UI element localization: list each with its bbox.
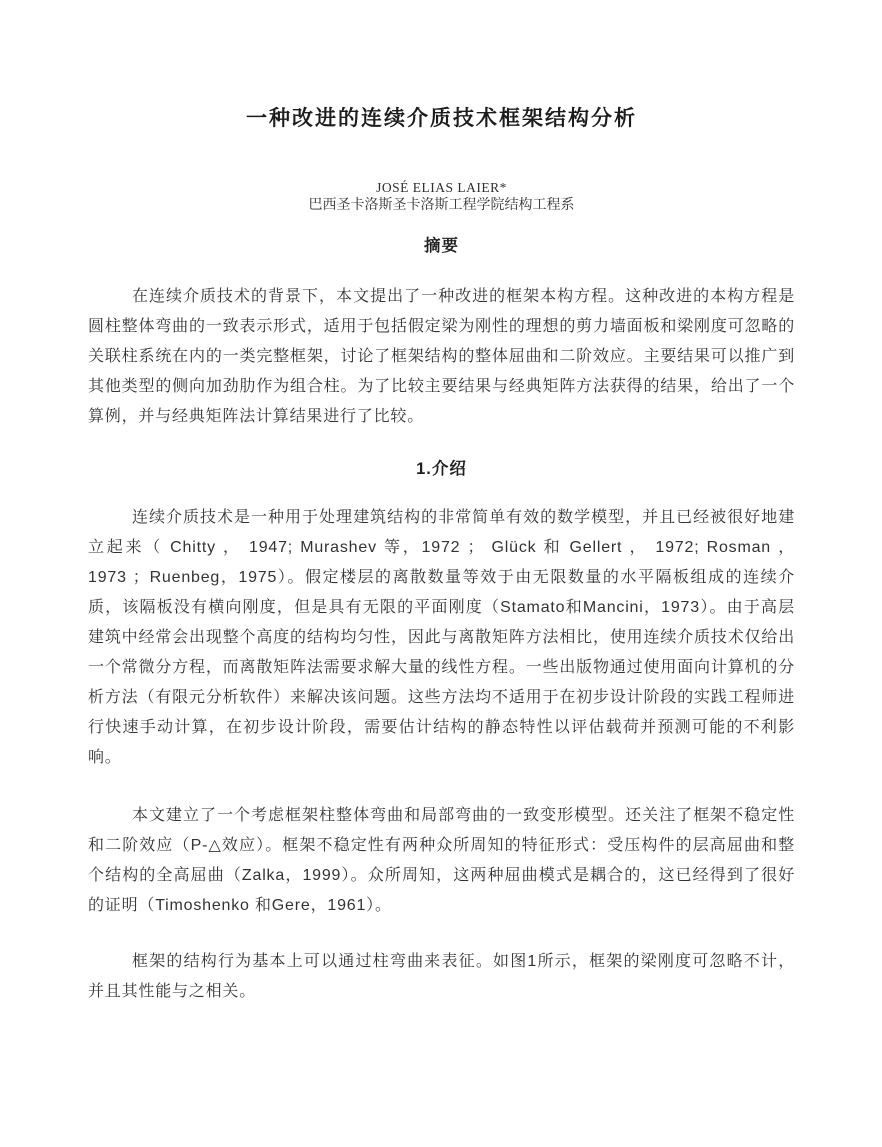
- author-name: JOSÉ ELIAS LAIER*: [88, 179, 795, 196]
- abstract-heading: 摘要: [88, 236, 795, 256]
- section-heading-introduction: 1.介绍: [88, 459, 795, 479]
- introduction-paragraph-2: 本文建立了一个考虑框架柱整体弯曲和局部弯曲的一致变形模型。还关注了框架不稳定性和…: [88, 801, 795, 921]
- author-block: JOSÉ ELIAS LAIER* 巴西圣卡洛斯圣卡洛斯工程学院结构工程系: [88, 179, 795, 215]
- author-affiliation: 巴西圣卡洛斯圣卡洛斯工程学院结构工程系: [88, 196, 795, 215]
- paper-title: 一种改进的连续介质技术框架结构分析: [88, 103, 795, 135]
- paper-page: 一种改进的连续介质技术框架结构分析 JOSÉ ELIAS LAIER* 巴西圣卡…: [0, 0, 882, 1147]
- introduction-paragraph-3: 框架的结构行为基本上可以通过柱弯曲来表征。如图1所示，框架的梁刚度可忽略不计，并…: [88, 947, 795, 1007]
- abstract-paragraph: 在连续介质技术的背景下，本文提出了一种改进的框架本构方程。这种改进的本构方程是圆…: [88, 282, 795, 432]
- introduction-paragraph-1: 连续介质技术是一种用于处理建筑结构的非常简单有效的数学模型，并且已经被很好地建立…: [88, 503, 795, 773]
